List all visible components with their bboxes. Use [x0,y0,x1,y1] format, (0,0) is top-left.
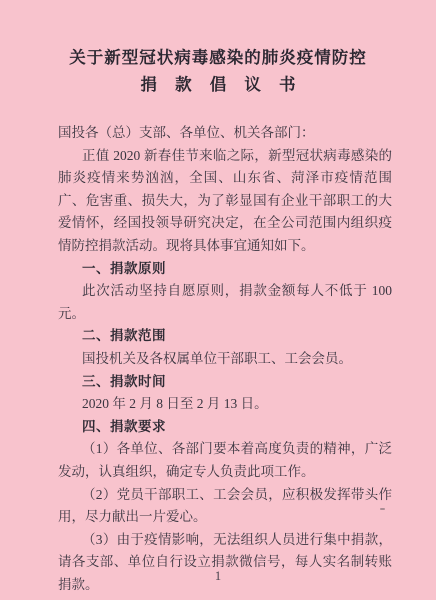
section-2-paragraph: 国投机关及各权属单位干部职工、工会会员。 [58,348,392,371]
section-3-paragraph: 2020 年 2 月 8 日至 2 月 13 日。 [58,393,392,416]
scanned-document-page: 关于新型冠状病毒感染的肺炎疫情防控 捐 款 倡 议 书 国投各（总）支部、各单位… [0,0,436,600]
section-4-paragraph-2: （2）党员干部职工、工会会员，应积极发挥带头作用，尽力献出一片爱心。 [58,484,392,529]
section-1-heading: 一、捐款原则 [58,258,392,281]
salutation: 国投各（总）支部、各单位、机关各部门： [58,122,392,145]
page-number: 1 [0,569,436,584]
section-4-paragraph-1: （1）各单位、各部门要本着高度负责的精神，广泛发动，认真组织，确定专人负责此项工… [58,438,392,483]
scan-artifact-speck [380,508,385,510]
section-4-paragraph-3: （3）由于疫情影响，无法组织人员进行集中捐款，请各支部、单位自行设立捐款微信号，… [58,529,392,597]
section-4-heading: 四、捐款要求 [58,416,392,439]
intro-paragraph: 正值 2020 新春佳节来临之际，新型冠状病毒感染的肺炎疫情来势汹汹，全国、山东… [58,145,392,258]
document-title-line1: 关于新型冠状病毒感染的肺炎疫情防控 [58,44,378,71]
section-1-paragraph: 此次活动坚持自愿原则，捐款金额每人不低于 100 元。 [58,280,392,325]
section-3-heading: 三、捐款时间 [58,371,392,394]
section-2-heading: 二、捐款范围 [58,325,392,348]
document-title-line2: 捐 款 倡 议 书 [58,71,378,98]
